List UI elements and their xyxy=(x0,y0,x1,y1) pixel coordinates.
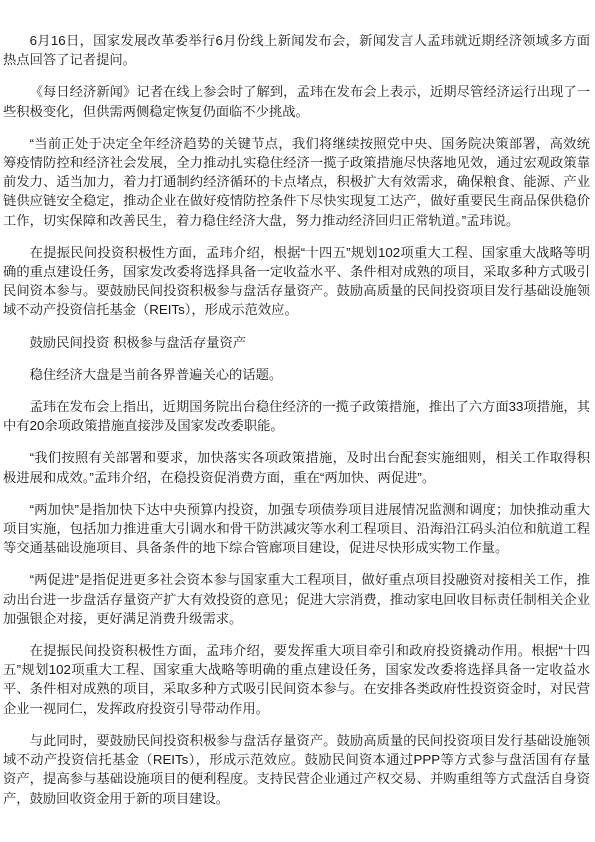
article-page: 6月16日，国家发展改革委举行6月份线上新闻发布会，新闻发言人孟玮就近期经济领域… xyxy=(0,0,595,842)
paragraph: “我们按照有关部署和要求，加快落实各项政策措施，及时出台配套实施细则，相关工作取… xyxy=(3,448,590,486)
paragraph: 6月16日，国家发展改革委举行6月份线上新闻发布会，新闻发言人孟玮就近期经济领域… xyxy=(3,31,590,69)
paragraph: “两加快”是指加快下达中央预算内投资，加强专项债券项目进展情况监测和调度；加快推… xyxy=(3,500,590,558)
section-heading: 鼓励民间投资 积极参与盘活存量资产 xyxy=(3,333,590,352)
paragraph: “两促进”是指促进更多社会资本参与国家重大工程项目，做好重点项目投融资对接相关工… xyxy=(3,570,590,628)
paragraph: “当前正处于决定全年经济趋势的关键节点，我们将继续按照党中央、国务院决策部署，高… xyxy=(3,134,590,230)
paragraph: 在提振民间投资积极性方面，孟玮介绍，根据“十四五”规划102项重大工程、国家重大… xyxy=(3,243,590,320)
document-page: { "page": { "background_color": "#ffffff… xyxy=(0,0,595,842)
paragraph: 《每日经济新闻》记者在线上参会时了解到，孟玮在发布会上表示，近期尽管经济运行出现… xyxy=(3,82,590,120)
paragraph: 与此同时，要鼓励民间投资积极参与盘活存量资产。鼓励高质量的民间投资项目发行基础设… xyxy=(3,731,590,808)
paragraph: 在提振民间投资积极性方面，孟玮介绍，要发挥重大项目牵引和政府投资撬动作用。根据“… xyxy=(3,641,590,718)
paragraph: 孟玮在发布会上指出，近期国务院出台稳住经济的一揽子政策措施，推出了六方面33项措… xyxy=(3,397,590,435)
paragraph: 稳住经济大盘是当前各界普遍关心的话题。 xyxy=(3,365,590,384)
